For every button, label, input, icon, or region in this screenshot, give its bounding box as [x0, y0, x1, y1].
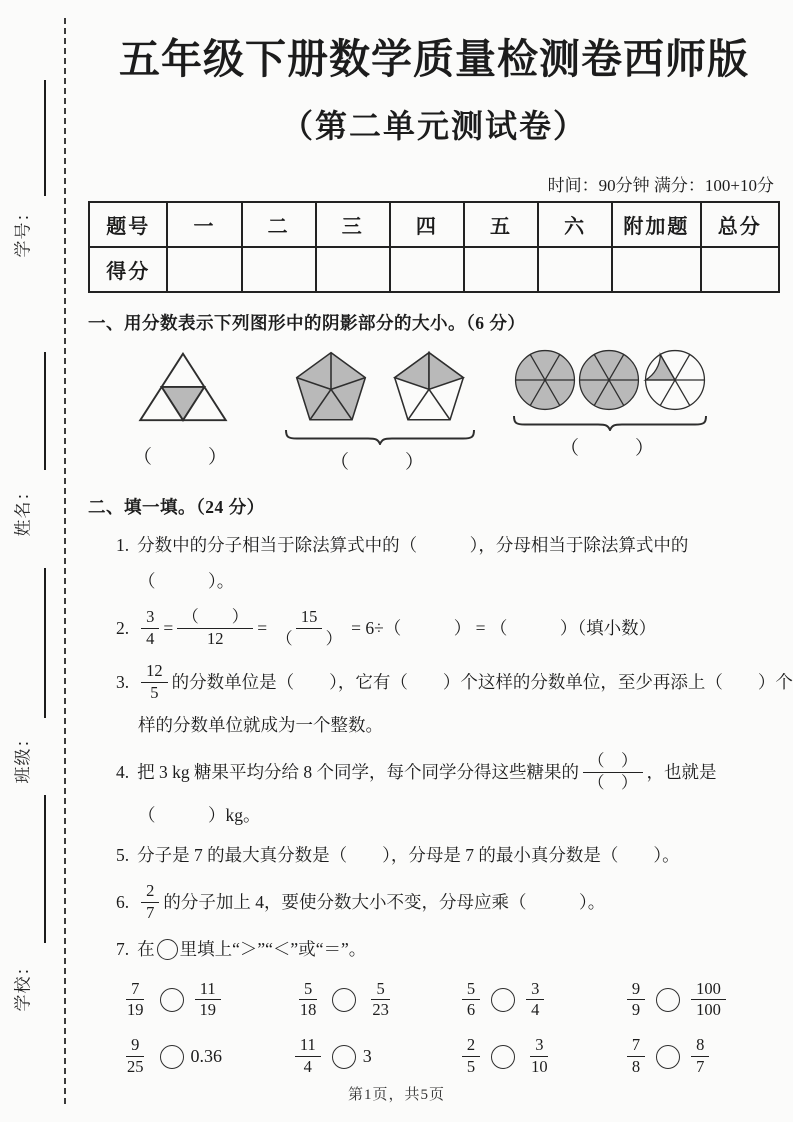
class-label: 班级： [9, 718, 34, 796]
comparison-item: 25 310 [458, 1036, 623, 1077]
question-5: 5. 分子是 7 的最大真分数是（ ），分母是 7 的最小真分数是（ ）。 [88, 842, 780, 869]
comparison-item: 719 1119 [118, 980, 291, 1021]
question-number: 1. [116, 532, 129, 559]
section1-figures: （ ） [88, 348, 780, 474]
fraction-blank-denominator: 15 （ ） [271, 608, 347, 649]
fraction-blank-numerator: （ ） 12 [177, 608, 253, 649]
comparison-row-2: 925 0.36 114 3 25 310 78 87 [88, 1036, 780, 1077]
question-text: 的分数单位是（ ），它有（ ）个这样的分数单位，至少再添上（ ）个这 [172, 669, 793, 696]
figure-group-circles: （ ） [510, 348, 710, 460]
score-cell-empty [612, 247, 700, 292]
question-7: 7. 在 里填上“＞”“＜”或“＝”。 [88, 936, 780, 963]
pentagon-figure-full-shaded [283, 348, 379, 426]
time-score-info: 时间：90分钟 满分：100+10分 [88, 171, 780, 196]
fraction-blank: （ ） （ ） [583, 752, 643, 793]
answer-blank: （ ） [133, 442, 233, 469]
circle-figure-partial-shaded [643, 348, 707, 412]
comparison-item: 925 0.36 [118, 1036, 291, 1077]
question-text: = 6÷（ ） = （ ）（填小数） [351, 615, 656, 642]
test-paper-page: 五年级下册数学质量检测卷西师版 （第二单元测试卷） 时间：90分钟 满分：100… [88, 26, 780, 1077]
score-row-label: 得分 [89, 247, 167, 292]
score-table: 题号 一 二 三 四 五 六 附加题 总分 得分 [88, 201, 780, 293]
comparison-item: 114 3 [291, 1036, 458, 1077]
score-cell-empty [701, 247, 779, 292]
answer-blank: （ ） [330, 447, 430, 474]
question-1: 1. 分数中的分子相当于除法算式中的（ ），分母相当于除法算式中的 （ ）。 [88, 532, 780, 595]
score-table-header-cell: 总分 [701, 202, 779, 247]
circle-figure-full-shaded [577, 348, 641, 412]
question-text: （ ）。 [138, 568, 234, 595]
fraction: 114 [295, 1036, 321, 1077]
comparison-circle [491, 1045, 515, 1069]
question-2: 2. 3 4 = （ ） 12 = 15 （ ） = 6÷（ ） = （ ）（填… [88, 608, 780, 649]
comparison-circle [332, 988, 356, 1012]
integer-value: 3 [363, 1046, 372, 1067]
equals-sign: = [163, 615, 173, 642]
fraction: 87 [691, 1036, 709, 1077]
question-number: 7. [116, 936, 129, 963]
page-subtitle: （第二单元测试卷） [88, 101, 780, 147]
triangle-figure [135, 348, 231, 424]
score-table-header-cell: 六 [538, 202, 612, 247]
school-blank-line [44, 795, 46, 943]
comparison-item: 99 100100 [623, 980, 780, 1021]
score-cell-empty [167, 247, 241, 292]
fraction: 34 [526, 980, 544, 1021]
score-table-header-cell: 题号 [89, 202, 167, 247]
student-name-label: 姓名： [9, 471, 34, 549]
question-6: 6. 2 7 的分子加上 4，要使分数大小不变，分母应乘（ ）。 [88, 882, 780, 923]
student-id-blank-line [44, 80, 46, 196]
question-text: ，也就是 [647, 759, 717, 786]
comparison-circle [491, 988, 515, 1012]
fraction: 518 [295, 980, 322, 1021]
comparison-circle-example [157, 939, 178, 960]
fraction: 925 [122, 1036, 149, 1077]
question-number: 2. [116, 615, 129, 642]
question-text: 样的分数单位就成为一个整数。 [138, 712, 383, 739]
fraction: 25 [462, 1036, 480, 1077]
fraction: 2 7 [141, 882, 159, 923]
page-title: 五年级下册数学质量检测卷西师版 [88, 26, 780, 85]
score-table-header-cell: 四 [390, 202, 464, 247]
equals-sign: = [257, 615, 267, 642]
question-text: 把 3 kg 糖果平均分给 8 个同学，每个同学分得这些糖果的 [137, 759, 579, 786]
score-table-header-cell: 五 [464, 202, 538, 247]
comparison-circle [656, 1045, 680, 1069]
question-number: 3. [116, 669, 129, 696]
section2-heading: 二、填一填。（24 分） [88, 494, 780, 519]
student-info-sidebar: 学号： 姓名： 班级： 学校： [0, 0, 68, 1122]
class-blank-line [44, 568, 46, 718]
score-table-header-row: 题号 一 二 三 四 五 六 附加题 总分 [89, 202, 779, 247]
figure-group-pentagons: （ ） [280, 348, 480, 474]
score-table-header-cell: 三 [316, 202, 390, 247]
fraction: 1119 [195, 980, 222, 1021]
question-4: 4. 把 3 kg 糖果平均分给 8 个同学，每个同学分得这些糖果的 （ ） （… [88, 752, 780, 829]
fraction: 56 [462, 980, 480, 1021]
comparison-circle [656, 988, 680, 1012]
comparison-circle [332, 1045, 356, 1069]
score-table-header-cell: 二 [242, 202, 316, 247]
fraction: 3 4 [141, 608, 159, 649]
fraction: 100100 [691, 980, 726, 1021]
fraction: 719 [122, 980, 149, 1021]
comparison-circle [160, 988, 184, 1012]
fraction: 12 5 [141, 662, 168, 703]
comparison-row-1: 719 1119 518 523 56 34 99 100100 [88, 980, 780, 1021]
score-cell-empty [390, 247, 464, 292]
fold-dashed-line [64, 18, 66, 1104]
question-text: 在 [137, 936, 155, 963]
question-number: 5. [116, 842, 129, 869]
score-table-header-cell: 一 [167, 202, 241, 247]
score-table-score-row: 得分 [89, 247, 779, 292]
student-id-label: 学号： [9, 192, 34, 270]
score-cell-empty [538, 247, 612, 292]
pentagon-figure-partial-shaded [381, 348, 477, 426]
comparison-item: 78 87 [623, 1036, 780, 1077]
underbrace [512, 414, 708, 431]
figure-group-triangle: （ ） [98, 348, 268, 469]
question-text: 里填上“＞”“＜”或“＝”。 [180, 936, 367, 963]
student-name-blank-line [44, 352, 46, 470]
question-number: 4. [116, 759, 129, 786]
fraction: 78 [627, 1036, 645, 1077]
score-cell-empty [464, 247, 538, 292]
comparison-item: 518 523 [291, 980, 458, 1021]
page-footer: 第1页，共5页 [0, 1083, 793, 1104]
decimal-value: 0.36 [191, 1046, 223, 1067]
score-cell-empty [316, 247, 390, 292]
fraction: 523 [367, 980, 394, 1021]
section1-heading: 一、用分数表示下列图形中的阴影部分的大小。（6 分） [88, 310, 780, 335]
underbrace [284, 428, 476, 445]
comparison-item: 56 34 [458, 980, 623, 1021]
question-text: 分数中的分子相当于除法算式中的（ ），分母相当于除法算式中的 [137, 532, 688, 559]
fraction: 99 [627, 980, 645, 1021]
answer-blank: （ ） [560, 433, 660, 460]
circle-figure-full-shaded [513, 348, 577, 412]
question-3: 3. 12 5 的分数单位是（ ），它有（ ）个这样的分数单位，至少再添上（ ）… [88, 662, 780, 739]
score-cell-empty [242, 247, 316, 292]
question-number: 6. [116, 889, 129, 916]
question-text: 的分子加上 4，要使分数大小不变，分母应乘（ ）。 [163, 889, 605, 916]
question-text: （ ）kg。 [138, 802, 261, 829]
score-table-header-cell: 附加题 [612, 202, 700, 247]
question-text: 分子是 7 的最大真分数是（ ），分母是 7 的最小真分数是（ ）。 [137, 842, 680, 869]
comparison-circle [160, 1045, 184, 1069]
school-label: 学校： [9, 946, 34, 1024]
fraction: 310 [526, 1036, 553, 1077]
